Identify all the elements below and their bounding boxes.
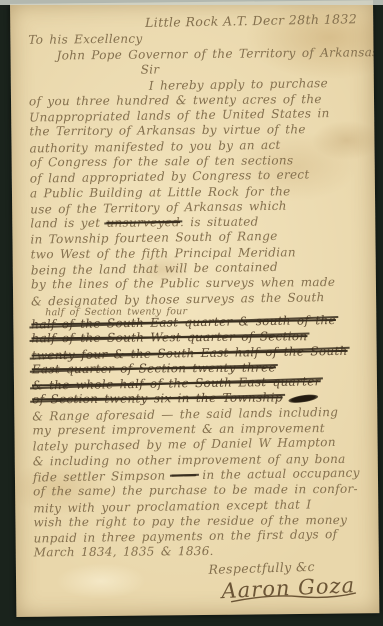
text-segment: a Public Building at Little Rock for the bbox=[30, 184, 291, 200]
letter-body: I hereby apply to purchaseof you three h… bbox=[29, 76, 371, 562]
text-segment: March 1834, 1835 & 1836. bbox=[34, 544, 214, 559]
text-segment: authority manifested to you by an act bbox=[29, 138, 280, 156]
struck-text-segment: half of the South West quarter of Sectio… bbox=[31, 329, 307, 345]
text-segment: the Territory of Arkansas by virtue of t… bbox=[29, 123, 306, 139]
text-segment: I hereby apply to purchase bbox=[149, 76, 328, 93]
text-segment: of the same) the purchase to be made in … bbox=[33, 482, 358, 499]
struck-text-segment: —— bbox=[171, 468, 196, 482]
text-segment: & including no other improvement of any … bbox=[33, 452, 346, 468]
letter-content: Little Rock A.T. Decr 28th 1832 To his E… bbox=[10, 0, 379, 605]
struck-text-segment: unsurveyed bbox=[106, 215, 180, 230]
text-segment: of you three hundred & twenty acres of t… bbox=[29, 92, 322, 108]
text-segment: . is situated bbox=[180, 215, 259, 230]
text-segment: fide settler Simpson bbox=[33, 468, 172, 484]
text-segment: land is yet bbox=[30, 216, 106, 231]
scan-edge-strip bbox=[0, 0, 383, 5]
ink-blot bbox=[287, 393, 318, 404]
text-segment: in the actual occupancy bbox=[196, 466, 360, 482]
text-segment: of Congress for the sale of ten sections bbox=[30, 153, 294, 169]
text-segment: mity with your proclamation except that … bbox=[33, 497, 311, 515]
text-segment: lately purchased by me of Daniel W Hampt… bbox=[33, 435, 336, 453]
struck-text-segment: of Section twenty six in the Township bbox=[32, 391, 283, 407]
text-segment: by the lines of the Public surveys when … bbox=[31, 275, 335, 291]
scanned-letter-photo: Little Rock A.T. Decr 28th 1832 To his E… bbox=[0, 0, 383, 626]
letter-paper: Little Rock A.T. Decr 28th 1832 To his E… bbox=[10, 0, 379, 617]
text-segment: of land appropriated by Congress to erec… bbox=[30, 168, 310, 186]
text-segment: two West of the fifth Principal Meridian bbox=[31, 245, 296, 261]
text-segment: in Township fourteen South of Range bbox=[30, 229, 277, 247]
struck-text-segment: East quarter of Section twenty three bbox=[32, 360, 276, 376]
